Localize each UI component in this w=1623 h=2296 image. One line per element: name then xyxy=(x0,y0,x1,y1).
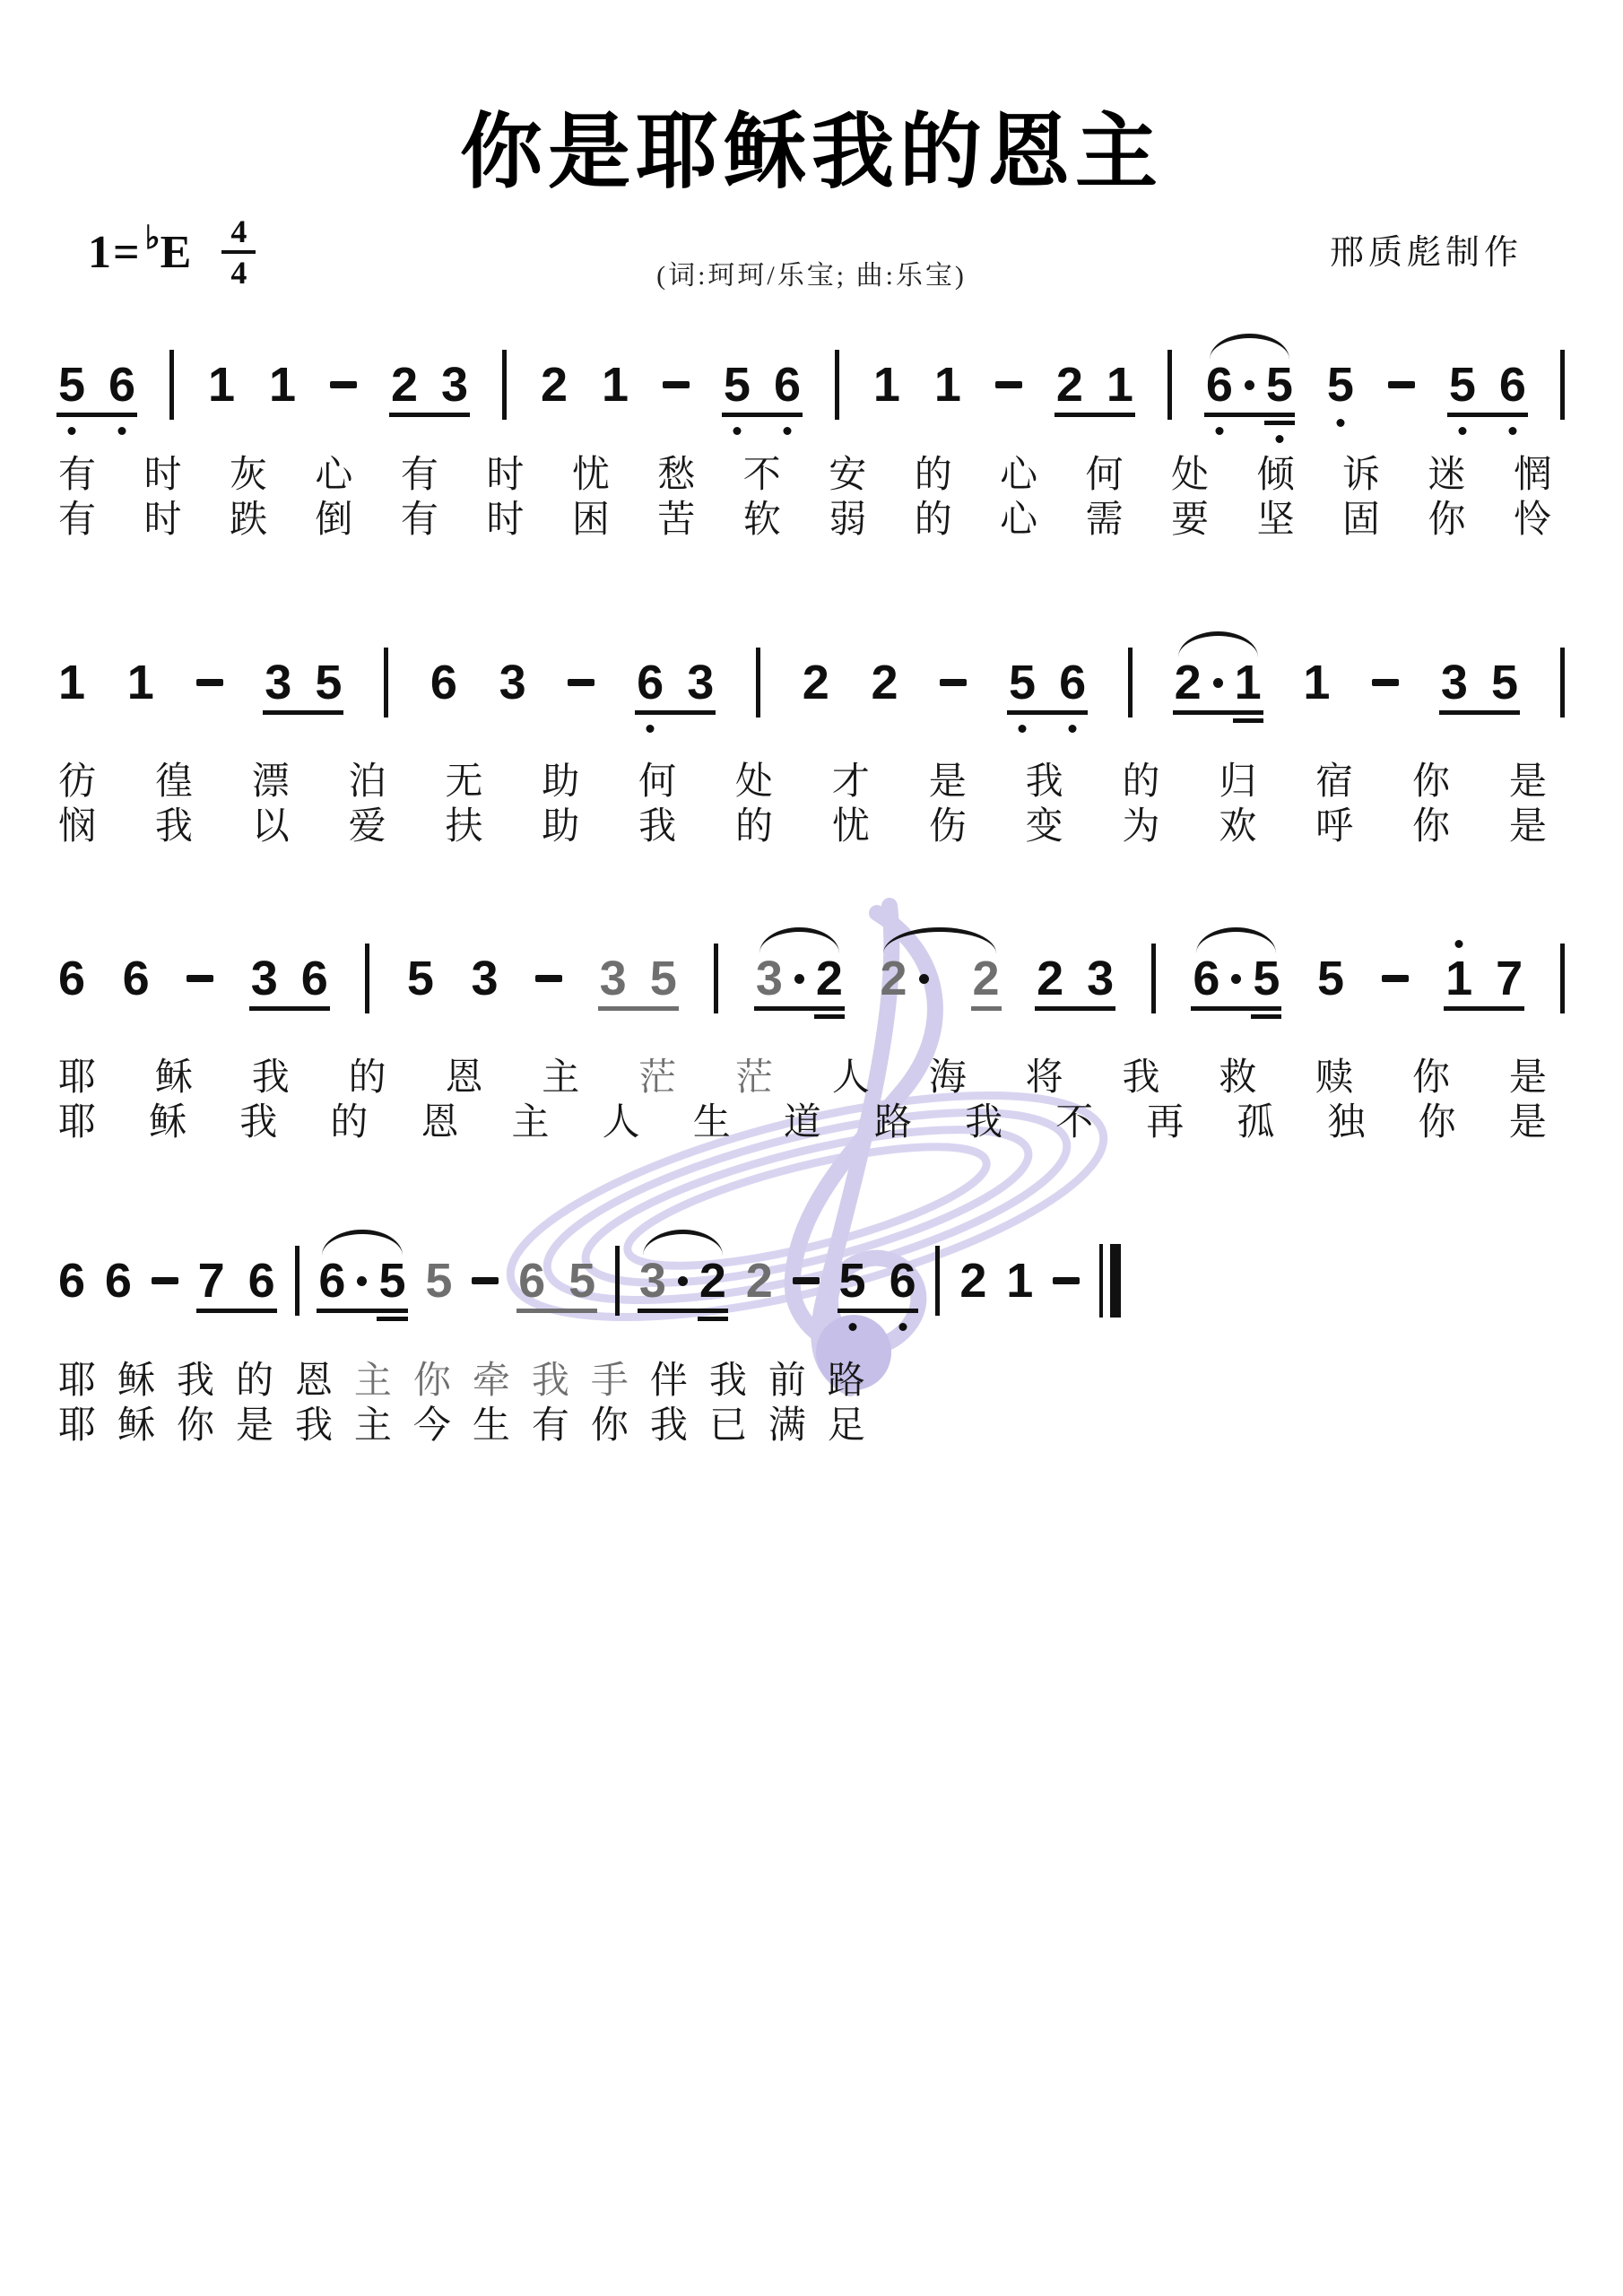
barline xyxy=(1560,648,1565,717)
tie-group: 22 xyxy=(880,954,999,1003)
beam-underline xyxy=(1173,710,1263,715)
note-digit: 5 xyxy=(1317,952,1344,1005)
jianpu-note: 5 xyxy=(58,361,85,409)
jianpu-note: 5 xyxy=(1449,361,1476,409)
note-digit: 1 xyxy=(934,358,961,412)
jianpu-note: 3 xyxy=(1087,954,1114,1003)
jianpu-note: 7 xyxy=(1496,954,1523,1003)
jianpu-note: 2 xyxy=(699,1257,726,1305)
lyric-char: 稣 xyxy=(149,1092,187,1146)
duration-dot xyxy=(794,974,804,984)
note-digit: 1 xyxy=(208,358,235,412)
note-digit: 6 xyxy=(58,952,85,1005)
duration-dash xyxy=(152,1277,178,1284)
jianpu-note: 6 xyxy=(58,1257,85,1305)
note-digit: 5 xyxy=(1009,656,1036,709)
final-bar-thick xyxy=(1110,1244,1121,1318)
lyric-char: 我 xyxy=(650,1396,688,1449)
octave-dot-below xyxy=(733,427,741,435)
jianpu-note: 6 xyxy=(890,1257,916,1305)
note-digit: 3 xyxy=(1087,952,1114,1005)
note-digit: 1 xyxy=(602,358,629,412)
jianpu-note: 2 xyxy=(803,658,829,707)
lyric-char: 爱 xyxy=(349,796,386,850)
music-line-2-lyrics-2: 悯我以爱扶助我的忧伤变为欢呼你是 xyxy=(58,796,1547,850)
jianpu-note: 3 xyxy=(600,954,627,1003)
beam-group: 23 xyxy=(391,361,468,409)
beam-underline xyxy=(1035,1006,1115,1011)
note-digit: 1 xyxy=(269,358,296,412)
beam-underline xyxy=(317,1309,407,1313)
note-digit: 5 xyxy=(58,358,85,412)
note-digit: 1 xyxy=(873,358,900,412)
note-digit: 6 xyxy=(301,952,328,1005)
lyric-char: 你 xyxy=(177,1396,214,1449)
jianpu-note: 5 xyxy=(650,954,677,1003)
jianpu-note: 6 xyxy=(1499,361,1526,409)
note-digit: 6 xyxy=(890,1254,916,1308)
beam-group: 76 xyxy=(198,1257,275,1305)
duration-dash xyxy=(1382,975,1409,982)
jianpu-note: 2 xyxy=(391,361,418,409)
beam-underline xyxy=(249,1006,330,1011)
lyric-char: 伤 xyxy=(929,796,967,850)
lyric-char: 的 xyxy=(915,490,952,544)
jianpu-note: 5 xyxy=(315,658,342,707)
jianpu-note: 3 xyxy=(499,658,526,707)
note-digit: 6 xyxy=(1206,358,1233,412)
note-digit: 5 xyxy=(425,1254,452,1308)
duration-dash xyxy=(1388,381,1415,388)
jianpu-note: 6 xyxy=(1193,954,1219,1003)
lyric-char: 心 xyxy=(1000,490,1037,544)
duration-dash xyxy=(196,679,223,686)
note-digit: 5 xyxy=(407,952,434,1005)
lyric-char: 我 xyxy=(638,796,676,850)
note-digit: 6 xyxy=(518,1254,545,1308)
beam-group: 36 xyxy=(251,954,328,1003)
duration-dash xyxy=(940,679,967,686)
note-digit: 2 xyxy=(391,358,418,412)
note-digit: 6 xyxy=(430,656,457,709)
jianpu-note: 5 xyxy=(568,1257,595,1305)
jianpu-note: 2 xyxy=(746,1257,773,1305)
lyric-char: 不 xyxy=(1055,1092,1093,1146)
barline xyxy=(835,350,839,420)
octave-dot-below xyxy=(848,1323,856,1331)
jianpu-note: 6 xyxy=(108,361,135,409)
duration-dot xyxy=(1245,380,1254,390)
music-line-1-lyrics-2: 有时跌倒有时困苦软弱的心需要坚固你怜 xyxy=(58,490,1551,544)
note-digit: 6 xyxy=(105,1254,132,1308)
note-underline xyxy=(1251,1014,1281,1019)
beam-underline xyxy=(1055,413,1135,417)
note-digit: 5 xyxy=(1327,358,1354,412)
jianpu-note: 2 xyxy=(872,658,898,707)
lyric-char: 你 xyxy=(1412,796,1450,850)
lyric-char: 独 xyxy=(1328,1092,1366,1146)
octave-dot-below xyxy=(647,725,655,733)
jianpu-note: 6 xyxy=(248,1257,275,1305)
note-digit: 5 xyxy=(650,952,677,1005)
note-digit: 2 xyxy=(1175,656,1202,709)
barline xyxy=(615,1246,620,1316)
flat-icon: ♭ xyxy=(145,219,161,257)
duration-dash xyxy=(995,381,1022,388)
note-digit: 2 xyxy=(699,1254,726,1308)
note-digit: 3 xyxy=(756,952,783,1005)
duration-dash xyxy=(793,1277,820,1284)
tie-group: 32 xyxy=(639,1257,726,1305)
beam-underline xyxy=(838,1309,918,1313)
note-digit: 6 xyxy=(774,358,801,412)
note-underline xyxy=(814,1014,845,1019)
octave-dot-above xyxy=(1455,940,1463,948)
jianpu-note: 6 xyxy=(518,1257,545,1305)
lyric-char: 是 xyxy=(1509,1092,1547,1146)
lyric-char: 是 xyxy=(1509,796,1547,850)
lyric-char: 跌 xyxy=(230,490,267,544)
final-bar-thin xyxy=(1099,1244,1103,1318)
lyric-char: 生 xyxy=(473,1396,510,1449)
note-digit: 6 xyxy=(108,358,135,412)
note-digit: 1 xyxy=(1445,952,1472,1005)
beam-underline xyxy=(516,1309,597,1313)
beam-underline xyxy=(635,710,716,715)
barline xyxy=(365,944,369,1013)
jianpu-note: 5 xyxy=(378,1257,405,1305)
jianpu-note: 6 xyxy=(430,658,457,707)
octave-dot-below xyxy=(68,427,76,435)
duration-dash xyxy=(535,975,562,982)
note-digit: 1 xyxy=(1006,1254,1033,1308)
beam-group: 35 xyxy=(265,658,342,707)
jianpu-note: 1 xyxy=(1303,658,1330,707)
note-digit: 5 xyxy=(568,1254,595,1308)
beam-underline xyxy=(1204,413,1295,417)
note-digit: 3 xyxy=(687,656,714,709)
jianpu-note: 5 xyxy=(839,1257,866,1305)
note-digit: 2 xyxy=(959,1254,986,1308)
note-digit: 3 xyxy=(441,358,468,412)
lyric-char: 你 xyxy=(591,1396,629,1449)
music-line-4-notes: 6676655653225621 xyxy=(58,1253,1121,1309)
note-digit: 2 xyxy=(816,952,843,1005)
note-digit: 3 xyxy=(499,656,526,709)
tie-group: 21 xyxy=(1175,658,1262,707)
barline xyxy=(1151,944,1156,1013)
lyric-char: 时 xyxy=(486,490,524,544)
note-digit: 2 xyxy=(541,358,568,412)
note-digit: 6 xyxy=(318,1254,345,1308)
page-title: 你是耶稣我的恩主 xyxy=(0,86,1623,204)
lyric-char: 坚 xyxy=(1257,490,1295,544)
jianpu-note: 6 xyxy=(58,954,85,1003)
barline xyxy=(714,944,718,1013)
jianpu-note: 2 xyxy=(1175,658,1202,707)
note-digit: 1 xyxy=(58,656,85,709)
lyric-char: 恩 xyxy=(421,1092,458,1146)
beam-group: 17 xyxy=(1445,954,1523,1003)
jianpu-note: 5 xyxy=(1266,361,1293,409)
barline xyxy=(1560,350,1565,420)
barline xyxy=(1167,350,1172,420)
lyric-char: 怜 xyxy=(1514,490,1551,544)
beam-group: 63 xyxy=(637,658,714,707)
lyric-char: 悯 xyxy=(58,796,96,850)
note-digit: 5 xyxy=(378,1254,405,1308)
barline xyxy=(756,648,760,717)
note-digit: 2 xyxy=(1037,952,1063,1005)
note-digit: 2 xyxy=(803,656,829,709)
lyric-char: 以 xyxy=(252,796,290,850)
octave-dot-below xyxy=(783,427,791,435)
credit-producer: 邢质彪制作 xyxy=(1330,224,1523,274)
note-digit: 2 xyxy=(880,952,907,1005)
note-digit: 3 xyxy=(639,1254,666,1308)
jianpu-note: 1 xyxy=(208,361,235,409)
beam-group: 56 xyxy=(724,361,801,409)
note-digit: 3 xyxy=(251,952,278,1005)
lyric-char: 我 xyxy=(239,1092,277,1146)
jianpu-note: 2 xyxy=(973,954,1000,1003)
octave-dot-below xyxy=(1508,427,1516,435)
jianpu-note: 1 xyxy=(934,361,961,409)
jianpu-note: 5 xyxy=(1253,954,1280,1003)
jianpu-note: 5 xyxy=(1327,361,1354,409)
jianpu-note: 3 xyxy=(251,954,278,1003)
jianpu-note: 5 xyxy=(1009,658,1036,707)
octave-dot-below xyxy=(1215,427,1223,435)
lyric-char: 欢 xyxy=(1219,796,1256,850)
lyric-char: 路 xyxy=(874,1092,912,1146)
jianpu-note: 1 xyxy=(873,361,900,409)
note-digit: 6 xyxy=(1499,358,1526,412)
note-underline xyxy=(698,1317,728,1321)
jianpu-note: 2 xyxy=(1037,954,1063,1003)
lyric-char: 需 xyxy=(1086,490,1124,544)
note-digit: 5 xyxy=(1449,358,1476,412)
note-digit: 6 xyxy=(123,952,150,1005)
note-digit: 7 xyxy=(1496,952,1523,1005)
note-underline xyxy=(971,1006,1002,1011)
note-digit: 6 xyxy=(58,1254,85,1308)
beam-underline xyxy=(1191,1006,1281,1011)
jianpu-note: 2 xyxy=(816,954,843,1003)
lyric-char: 软 xyxy=(743,490,781,544)
barline xyxy=(1128,648,1133,717)
note-digit: 6 xyxy=(1193,952,1219,1005)
jianpu-note: 5 xyxy=(1491,658,1518,707)
lyric-char: 人 xyxy=(603,1092,640,1146)
jianpu-note: 3 xyxy=(639,1257,666,1305)
duration-dot xyxy=(1213,678,1223,688)
jianpu-note: 1 xyxy=(269,361,296,409)
lyric-char: 耶 xyxy=(58,1092,96,1146)
tie-group: 32 xyxy=(756,954,843,1003)
note-underline xyxy=(377,1317,407,1321)
note-digit: 1 xyxy=(1235,656,1262,709)
lyric-char: 苦 xyxy=(657,490,695,544)
octave-dot-below xyxy=(1069,725,1077,733)
beam-underline xyxy=(1444,1006,1524,1011)
jianpu-note: 5 xyxy=(724,361,751,409)
final-barline xyxy=(1099,1244,1121,1318)
jianpu-note: 2 xyxy=(1056,361,1083,409)
note-digit: 1 xyxy=(1107,358,1133,412)
duration-dash xyxy=(1053,1277,1080,1284)
jianpu-note: 6 xyxy=(301,954,328,1003)
jianpu-note: 1 xyxy=(58,658,85,707)
time-numerator: 4 xyxy=(230,215,247,248)
jianpu-note: 1 xyxy=(1235,658,1262,707)
note-digit: 6 xyxy=(248,1254,275,1308)
octave-dot-below xyxy=(1019,725,1027,733)
jianpu-note: 3 xyxy=(472,954,499,1003)
music-line-2-notes: 11356363225621135 xyxy=(58,655,1565,710)
lyric-char: 你 xyxy=(1428,490,1466,544)
lyric-char: 扶 xyxy=(445,796,482,850)
lyric-char: 时 xyxy=(143,490,181,544)
octave-dot-below xyxy=(1458,427,1466,435)
jianpu-note: 3 xyxy=(265,658,291,707)
duration-dot xyxy=(1231,974,1241,984)
beam-group: 56 xyxy=(839,1257,916,1305)
jianpu-note: 5 xyxy=(425,1257,452,1305)
jianpu-note: 1 xyxy=(1006,1257,1033,1305)
octave-dot-below xyxy=(118,427,126,435)
note-digit: 1 xyxy=(1303,656,1330,709)
lyric-char: 弱 xyxy=(829,490,866,544)
lyric-char: 助 xyxy=(542,796,579,850)
duration-dot xyxy=(678,1276,688,1286)
octave-dot-below xyxy=(898,1323,907,1331)
barline xyxy=(502,350,507,420)
jianpu-note: 3 xyxy=(756,954,783,1003)
lyric-char: 困 xyxy=(572,490,610,544)
note-digit: 5 xyxy=(724,358,751,412)
music-line-4-lyrics-2: 耶稣你是我主今生有你我已满足 xyxy=(58,1396,865,1449)
sheet-page: { "page": { "title": "你是耶稣我的恩主", "key_pr… xyxy=(0,0,1623,2296)
music-line-3-lyrics-2: 耶稣我的恩主人生道路我不再孤独你是 xyxy=(58,1092,1547,1146)
duration-dash xyxy=(568,679,595,686)
lyric-char: 我 xyxy=(965,1092,1002,1146)
note-digit: 3 xyxy=(600,952,627,1005)
lyric-char: 的 xyxy=(735,796,773,850)
jianpu-note: 5 xyxy=(407,954,434,1003)
note-digit: 5 xyxy=(1491,656,1518,709)
note-underline xyxy=(1264,421,1295,425)
barline xyxy=(295,1246,299,1316)
jianpu-note: 3 xyxy=(687,658,714,707)
note-digit: 5 xyxy=(1253,952,1280,1005)
jianpu-note: 6 xyxy=(1059,658,1086,707)
note-digit: 3 xyxy=(265,656,291,709)
note-digit: 1 xyxy=(127,656,154,709)
lyric-char: 固 xyxy=(1342,490,1380,544)
jianpu-note: 7 xyxy=(198,1257,225,1305)
beam-group: 35 xyxy=(1441,658,1518,707)
barline xyxy=(935,1246,940,1316)
duration-dash xyxy=(472,1277,499,1284)
beam-underline xyxy=(1447,413,1528,417)
lyric-char: 满 xyxy=(768,1396,806,1449)
octave-dot-below xyxy=(1275,435,1283,443)
beam-group: 56 xyxy=(1449,361,1526,409)
lyric-char: 有 xyxy=(58,490,96,544)
lyric-char: 稣 xyxy=(117,1396,155,1449)
lyric-char: 我 xyxy=(155,796,193,850)
jianpu-note: 6 xyxy=(774,361,801,409)
lyric-char: 再 xyxy=(1146,1092,1184,1146)
duration-dash xyxy=(187,975,213,982)
note-digit: 3 xyxy=(1441,656,1468,709)
lyric-char: 的 xyxy=(330,1092,368,1146)
beam-underline xyxy=(722,413,803,417)
octave-dot-below xyxy=(1336,419,1344,427)
jianpu-note: 6 xyxy=(105,1257,132,1305)
jianpu-note: 2 xyxy=(541,361,568,409)
beam-group: 21 xyxy=(1056,361,1133,409)
lyric-char: 忧 xyxy=(832,796,870,850)
note-digit: 5 xyxy=(839,1254,866,1308)
note-digit: 2 xyxy=(872,656,898,709)
lyric-char: 是 xyxy=(236,1396,273,1449)
barline xyxy=(384,648,388,717)
beam-underline xyxy=(1007,710,1088,715)
lyric-char: 呼 xyxy=(1315,796,1353,850)
duration-dot xyxy=(357,1276,367,1286)
lyric-char: 耶 xyxy=(58,1396,96,1449)
beam-underline xyxy=(56,413,137,417)
beam-group: 35 xyxy=(600,954,677,1003)
jianpu-note: 2 xyxy=(880,954,907,1003)
lyric-char: 要 xyxy=(1171,490,1209,544)
jianpu-note: 1 xyxy=(1107,361,1133,409)
lyric-char: 今 xyxy=(413,1396,451,1449)
music-line-3-notes: 6636533532222365517 xyxy=(58,951,1565,1006)
note-underline xyxy=(1233,718,1263,723)
lyric-char: 孤 xyxy=(1237,1092,1274,1146)
jianpu-note: 1 xyxy=(127,658,154,707)
lyric-char: 已 xyxy=(709,1396,747,1449)
jianpu-note: 3 xyxy=(1441,658,1468,707)
lyric-char: 道 xyxy=(784,1092,821,1146)
jianpu-note: 6 xyxy=(318,1257,345,1305)
lyric-char: 有 xyxy=(532,1396,569,1449)
duration-dot xyxy=(919,974,929,984)
beam-underline xyxy=(196,1309,277,1313)
note-digit: 2 xyxy=(973,952,1000,1005)
note-digit: 5 xyxy=(1266,358,1293,412)
beam-underline xyxy=(389,413,470,417)
note-digit: 3 xyxy=(472,952,499,1005)
lyric-char: 足 xyxy=(828,1396,865,1449)
note-digit: 7 xyxy=(198,1254,225,1308)
note-digit: 5 xyxy=(315,656,342,709)
lyric-char: 变 xyxy=(1026,796,1063,850)
lyric-char: 主 xyxy=(512,1092,550,1146)
lyric-char: 我 xyxy=(295,1396,333,1449)
beam-group: 65 xyxy=(518,1257,595,1305)
jianpu-note: 1 xyxy=(1445,954,1472,1003)
beam-group: 23 xyxy=(1037,954,1114,1003)
jianpu-note: 1 xyxy=(602,361,629,409)
note-digit: 2 xyxy=(1056,358,1083,412)
jianpu-note: 6 xyxy=(637,658,664,707)
note-digit: 6 xyxy=(637,656,664,709)
lyric-char: 有 xyxy=(401,490,438,544)
